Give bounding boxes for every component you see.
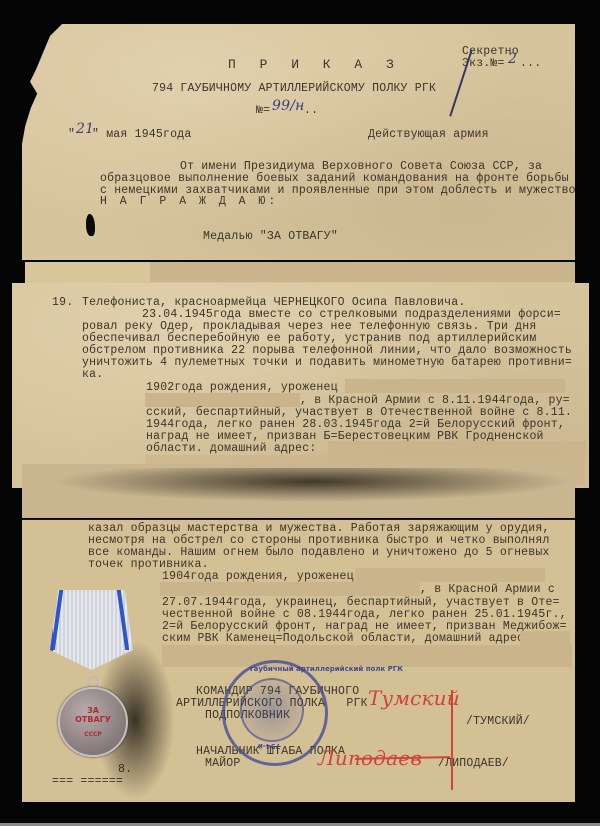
entry-number: 19. <box>52 296 73 309</box>
order-title: П Р И К А З <box>228 58 402 71</box>
entry-text-line-6: ка. <box>82 368 103 381</box>
seal-outer-text: гаубичный артиллерийский полк РГК <box>250 665 403 673</box>
order-number-label: №= <box>256 104 270 117</box>
redacted-address <box>328 441 586 455</box>
redacted-address-2 <box>520 631 570 645</box>
entry2-bio-line-6: ским РВК Каменец=Подольской области, дом… <box>162 632 531 645</box>
redacted-address-2-cont <box>162 645 572 667</box>
medal-for-courage-icon: ЗА ОТВАГУ СССР <box>58 687 128 757</box>
chief-of-staff-rank: МАЙОР <box>205 757 241 770</box>
chief-of-staff-name: /ЛИПОДАЕВ/ <box>438 757 509 770</box>
unit-name: 794 ГАУБИЧНОМУ АРТИЛЛЕРИЙСКОМУ ПОЛКУ РГК <box>152 82 436 95</box>
redacted-birthplace <box>345 379 565 393</box>
redacted-birthplace-2-cont <box>160 582 420 596</box>
entry-text-line-5: уничтожить 4 пулеметных точки и подавить… <box>82 356 572 369</box>
copy-number: 2 <box>508 53 517 66</box>
location-label: Действующая армия <box>368 128 489 141</box>
medal-text-line-1: ЗА <box>87 706 99 715</box>
copy-number-suffix: ... <box>520 57 541 70</box>
order-number-suffix: .. <box>304 104 318 117</box>
award-name: Медалью "ЗА ОТВАГУ" <box>203 230 338 243</box>
medal-text-bottom: СССР <box>84 730 102 739</box>
order-number: 99/н <box>272 100 305 113</box>
redacted-block <box>150 262 575 282</box>
award-verb: Н А Г Р А Ж Д А Ю: <box>100 195 278 208</box>
seal-emblem <box>240 678 304 742</box>
bio-line-6: области. домашний адрес: <box>146 442 316 455</box>
redacted-birthplace-cont <box>145 393 300 407</box>
redacted-birthplace-2 <box>355 568 545 582</box>
entry2-bio-line-2: , в Красной Армии с <box>420 583 555 596</box>
medal-text-line-2: ОТВАГУ <box>75 715 111 724</box>
date-open-quote: " <box>68 128 75 141</box>
red-pen-stroke-vertical <box>451 690 453 790</box>
commander-signature: Тумский <box>368 692 460 705</box>
shadowed-sheet-strip <box>22 464 575 518</box>
date-rest: " мая 1945года <box>92 128 191 141</box>
commander-name: /ТУМСКИЙ/ <box>466 715 530 728</box>
seal-bottom-text: 794-й <box>258 742 280 750</box>
